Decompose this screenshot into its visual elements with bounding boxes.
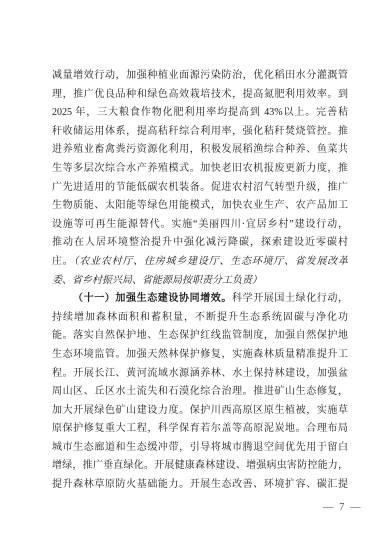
text-segment-body: 理，推广优良品种和绿色高效栽培技术，提高氮肥利用效率。到 <box>52 89 348 100</box>
document-page: 减量增效行动，加强种植业面源污染防治，优化稻田水分灌溉管理，推广优良品种和绿色高… <box>0 0 390 551</box>
text-line-5: 进养殖业畜禽粪污资源化利用，积极发展稻渔综合种养、鱼菜共 <box>52 141 348 160</box>
text-line-11: 庄。（农业农村厅、住房城乡建设厅、生态环境厅、省发展改革 <box>52 253 348 272</box>
text-line-10: 推动在人居环境整治提升中强化减污降碳，探索建设近零碳村 <box>52 234 348 253</box>
text-line-4: 秆收储运用体系，提高秸秆综合利用率，强化秸秆焚烧管控。推 <box>52 123 348 142</box>
text-segment-body: 广先进适用的节能低碳农机装备。促进农村沼气转型升级，推广 <box>52 182 348 193</box>
text-line-3: 2025 年，三大粮食作物化肥利用率均提高到 43%以上。完善秸 <box>52 104 348 123</box>
text-segment-body: 能。落实自然保护地、生态保护红线监管制度，加强自然保护地 <box>52 330 348 341</box>
text-line-15: 能。落实自然保护地、生态保护红线监管制度，加强自然保护地 <box>52 327 348 346</box>
text-segment-body: 生物质能、太阳能等绿色用能模式，加快农业生产、农产品加工 <box>52 200 348 211</box>
text-segment-body: 原保护修复重大工程，科学保育若尔盖等高原泥炭地。合理布局 <box>52 423 348 434</box>
text-line-23: 提升森林草原防火基础能力。开展生态改善、环境扩容、碳汇提 <box>52 476 348 495</box>
text-segment-body: 设施等可再生能源替代。实施“美丽四川·宜居乡村”建设行动， <box>52 219 348 230</box>
text-segment-body: 持续增加森林面积和蓄积量，不断提升生态系统固碳与净化功 <box>52 312 348 323</box>
text-segment-body: 推动在人居环境整治提升中强化减污降碳，探索建设近零碳村 <box>52 237 348 248</box>
text-line-7: 广先进适用的节能低碳农机装备。促进农村沼气转型升级，推广 <box>52 179 348 198</box>
text-segment-body: 科学开展国土绿化行动， <box>232 293 348 304</box>
text-line-6: 生等多层次综合水产养殖模式。加快老旧农机报废更新力度，推 <box>52 160 348 179</box>
text-segment-bold: （十一）加强生态建设协同增效。 <box>73 293 232 304</box>
text-segment-body: 提升森林草原防火基础能力。开展生态改善、环境扩容、碳汇提 <box>52 479 348 490</box>
text-line-8: 生物质能、太阳能等绿色用能模式，加快农业生产、农产品加工 <box>52 197 348 216</box>
text-segment-body: 增绿，推广垂直绿化。开展健康森林建设、增强病虫害防控能力， <box>52 460 348 471</box>
text-line-9: 设施等可再生能源替代。实施“美丽四川·宜居乡村”建设行动， <box>52 216 348 235</box>
text-segment-body: 庄。 <box>52 256 74 267</box>
text-line-1: 减量增效行动，加强种植业面源污染防治，优化稻田水分灌溉管 <box>52 67 348 86</box>
text-segment-body: 加大开展绿色矿山建设力度。保护川西高原区原生植被，实施草 <box>52 405 348 416</box>
text-line-22: 增绿，推广垂直绿化。开展健康森林建设、增强病虫害防控能力， <box>52 457 348 476</box>
text-line-2: 理，推广优良品种和绿色高效栽培技术，提高氮肥利用效率。到 <box>52 86 348 105</box>
text-line-19: 加大开展绿色矿山建设力度。保护川西高原区原生植被，实施草 <box>52 402 348 421</box>
text-segment-kai: 委、省乡村振兴局、省能源局按职责分工负责） <box>52 275 262 286</box>
text-segment-body: 减量增效行动，加强种植业面源污染防治，优化稻田水分灌溉管 <box>52 70 348 81</box>
text-segment-body: 2025 年，三大粮食作物化肥利用率均提高到 43%以上。完善秸 <box>52 107 348 118</box>
text-segment-body: 生态环境监管。加强天然林保护修复，实施森林质量精准提升工 <box>52 349 348 360</box>
page-number: — 7 — <box>323 502 362 513</box>
body-text-block: 减量增效行动，加强种植业面源污染防治，优化稻田水分灌溉管理，推广优良品种和绿色高… <box>52 67 348 495</box>
text-segment-body: 秆收储运用体系，提高秸秆综合利用率，强化秸秆焚烧管控。推 <box>52 126 348 137</box>
text-segment-body: 城市生态廊道和生态缓冲带，引导将城市腾退空间优先用于留白 <box>52 442 348 453</box>
text-line-12: 委、省乡村振兴局、省能源局按职责分工负责） <box>52 272 348 291</box>
text-line-17: 程。开展长江、黄河流域水源涵养林、水土保持林建设，加强盆 <box>52 365 348 384</box>
text-line-16: 生态环境监管。加强天然林保护修复，实施森林质量精准提升工 <box>52 346 348 365</box>
text-segment-body: 生等多层次综合水产养殖模式。加快老旧农机报废更新力度，推 <box>52 163 348 174</box>
text-segment-kai: （农业农村厅、住房城乡建设厅、生态环境厅、省发展改革 <box>74 256 348 267</box>
text-line-18: 周山区、丘区水土流失和石漠化综合治理。推进矿山生态修复， <box>52 383 348 402</box>
text-line-13: （十一）加强生态建设协同增效。科学开展国土绿化行动， <box>52 290 348 309</box>
text-segment-body: 周山区、丘区水土流失和石漠化综合治理。推进矿山生态修复， <box>52 386 348 397</box>
text-line-21: 城市生态廊道和生态缓冲带，引导将城市腾退空间优先用于留白 <box>52 439 348 458</box>
text-line-20: 原保护修复重大工程，科学保育若尔盖等高原泥炭地。合理布局 <box>52 420 348 439</box>
text-line-14: 持续增加森林面积和蓄积量，不断提升生态系统固碳与净化功 <box>52 309 348 328</box>
text-segment-body: 程。开展长江、黄河流域水源涵养林、水土保持林建设，加强盆 <box>52 368 348 379</box>
text-segment-body: 进养殖业畜禽粪污资源化利用，积极发展稻渔综合种养、鱼菜共 <box>52 144 348 155</box>
